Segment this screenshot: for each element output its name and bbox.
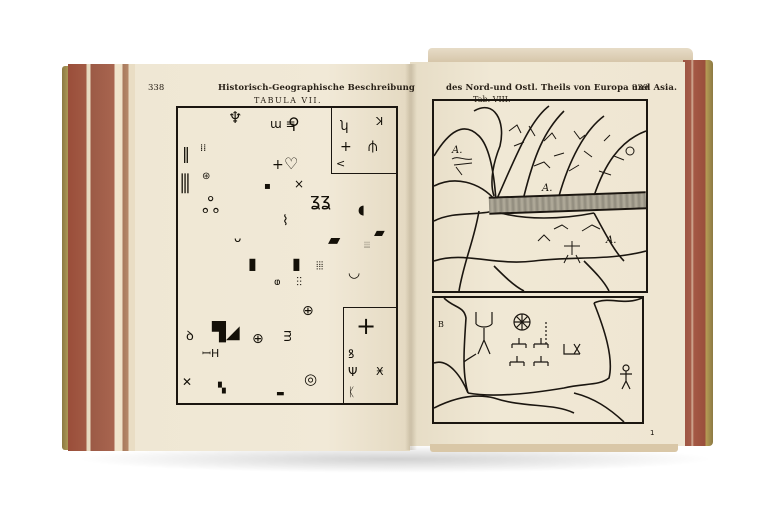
book-photo: 338 Historisch-Geographische Beschreibun… <box>0 0 768 515</box>
plate-tab-viii-upper: A. A. A. <box>432 99 648 293</box>
plate-tabula-vii: ʮ ꓘ + ⫛ < + ꝸ Ψ Ӿ ᛕ ‖ ⁞⁞ ♆ ɯ ≡ ⚲ ⫼ ⊛ ஃ +… <box>176 106 398 405</box>
right-page-block-edge <box>683 60 713 446</box>
left-page-block-edge <box>68 64 136 451</box>
label-a-2: A. <box>542 183 552 194</box>
plate-tab-viii-lower: B <box>432 296 644 424</box>
plate-inset-bottom-right: + ꝸ Ψ Ӿ ᛕ <box>343 307 396 403</box>
left-plate-title: TABULA VII. <box>254 96 322 105</box>
rock-outline-drawing-lower <box>434 298 642 422</box>
bottom-paper-flap <box>430 444 678 452</box>
left-page-number: 338 <box>148 83 164 93</box>
label-b: B <box>438 320 444 329</box>
label-a-1: A. <box>452 145 462 156</box>
left-running-head: Historisch-Geographische Beschreibung <box>218 83 415 93</box>
right-page-number: 339 <box>632 83 648 93</box>
signature-mark: 1 <box>650 430 654 437</box>
book-gutter <box>405 64 417 450</box>
label-a-3: A. <box>606 235 616 246</box>
plate-inset-top-right: ʮ ꓘ + ⫛ < <box>331 108 396 174</box>
